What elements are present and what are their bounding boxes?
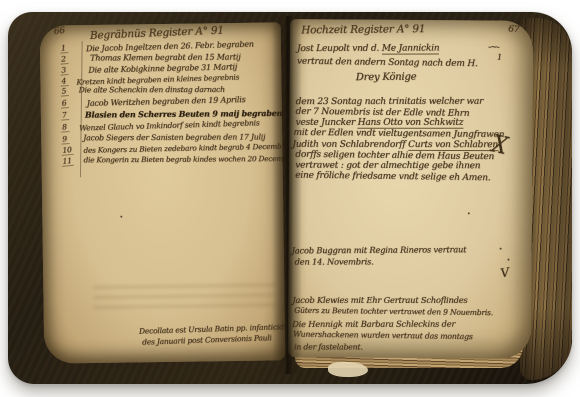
marriage-entry-line: Jacob Klewies mit Ehr Gertraut Schoflind…: [292, 295, 467, 305]
wedding-paragraph-line: mit der Edlen vndt vieltugentsamen Jungf…: [293, 128, 504, 140]
left-page: 66 Begräbnüs Register A° 91 1 Die Jacob …: [40, 22, 286, 363]
manuscript-photo: 66 Begräbnüs Register A° 91 1 Die Jacob …: [0, 0, 580, 397]
wedding-paragraph-line: vertrawet : got der almechtige gebe ihne…: [295, 161, 480, 172]
wedding-paragraph-line: dem 23 Sontag nach trinitatis welcher wa…: [296, 97, 484, 107]
margin-dash-note: 1: [497, 53, 502, 62]
paragraph-text: mit der Edlen vndt vieltugentsamen Jungf…: [293, 128, 504, 140]
paragraph-text: Judith von Schlabrendorff: [292, 140, 408, 150]
burial-entry: 11 die Kongerin zu Bieten begrab kindes …: [41, 153, 282, 168]
entry-number: 11: [61, 156, 74, 167]
ink-show-through: [93, 276, 275, 309]
intro-underlined-name: Me Jannickin: [382, 43, 440, 54]
ink-speck: [508, 259, 510, 261]
intro-text: Jost Leupolt vnd d.: [297, 44, 382, 54]
entry-number: 9: [61, 134, 69, 145]
book-gutter: [272, 16, 302, 374]
entry-number: 3: [60, 65, 68, 76]
entry-text: die Kongerin zu Bieten begrab kindes woc…: [84, 154, 286, 164]
right-page: Hochzeit Register A° 91 67 Jost Leupolt …: [288, 19, 533, 359]
ink-speck: [500, 248, 502, 250]
intro-line: vertraut den andern Sontag nach dem H.: [297, 57, 478, 70]
entry-text: Thomas Klemen begrabt den 15 Martij: [90, 52, 240, 62]
paragraph-text: vertrawet : got der almechtige gebe ihne…: [295, 161, 480, 172]
left-page-header: Begräbnüs Register A° 91: [90, 24, 224, 41]
entry-number: 5: [60, 86, 68, 97]
marriage-entry-line: in der fastelabent.: [294, 342, 363, 351]
paragraph-underlined: Hans Otto von Schkwitz: [358, 118, 464, 129]
wedding-paragraph-line: eine fröliche friedsame vndt selige eh A…: [295, 171, 490, 184]
wedding-paragraph-line: Judith von Schlabrendorff Curts von Schl…: [292, 140, 498, 150]
entry-number: 8: [61, 122, 69, 133]
marriage-entry-line: Wunershackenen wurden vertraut das monta…: [293, 330, 473, 342]
intro-line: Jost Leupolt vnd d. Me Jannickin: [297, 43, 439, 53]
paragraph-text: veste Juncker: [295, 118, 357, 128]
marriage-entry-line: Die Hennigk mit Barbara Schleckins der: [292, 319, 455, 329]
entry-text: Jacob Weritzhen begraben den 19 Aprilis: [87, 95, 246, 108]
wedding-paragraph-line: veste Juncker Hans Otto von Schkwitz: [295, 118, 463, 128]
ink-speck: [120, 216, 122, 218]
right-page-header: Hochzeit Register A° 91: [301, 23, 425, 36]
subheader: Drey Könige: [356, 72, 417, 84]
entry-number: 2: [60, 54, 68, 65]
entry-number: 1: [60, 43, 68, 54]
paragraph-text: dem 23 Sontag nach trinitatis welcher wa…: [296, 97, 484, 107]
entry-number: 10: [61, 145, 74, 156]
entry-number: 6: [60, 98, 68, 109]
paragraph-text: eine fröliche friedsame vndt selige eh A…: [295, 171, 490, 184]
margin-check-mark: V: [499, 265, 510, 280]
paragraph-underlined: Curts von Schlabren: [408, 140, 498, 151]
entry-text: Die alte Schenckin den dinstag darnach: [79, 85, 225, 95]
marriage-entry-line: Güters zu Beuten tochter vertrawet den 9…: [294, 306, 493, 317]
ink-speck: [468, 212, 470, 214]
right-page-number: 67: [508, 24, 520, 35]
left-page-number: 66: [53, 26, 65, 37]
latin-footnote-line: des Januarii post Conversionis Pauli: [142, 333, 272, 347]
torn-paper-chip: [328, 362, 368, 377]
marriage-entry-line: den 14. Novembris.: [294, 256, 373, 266]
entry-text: Jacob Siegers der Sanisten begraben den …: [83, 132, 265, 142]
entry-number: 7: [61, 110, 69, 121]
marriage-entry-line: Jacob Buggran mit Regina Rineros vertrau…: [292, 244, 467, 255]
margin-dash-mark: -~-: [488, 43, 499, 53]
